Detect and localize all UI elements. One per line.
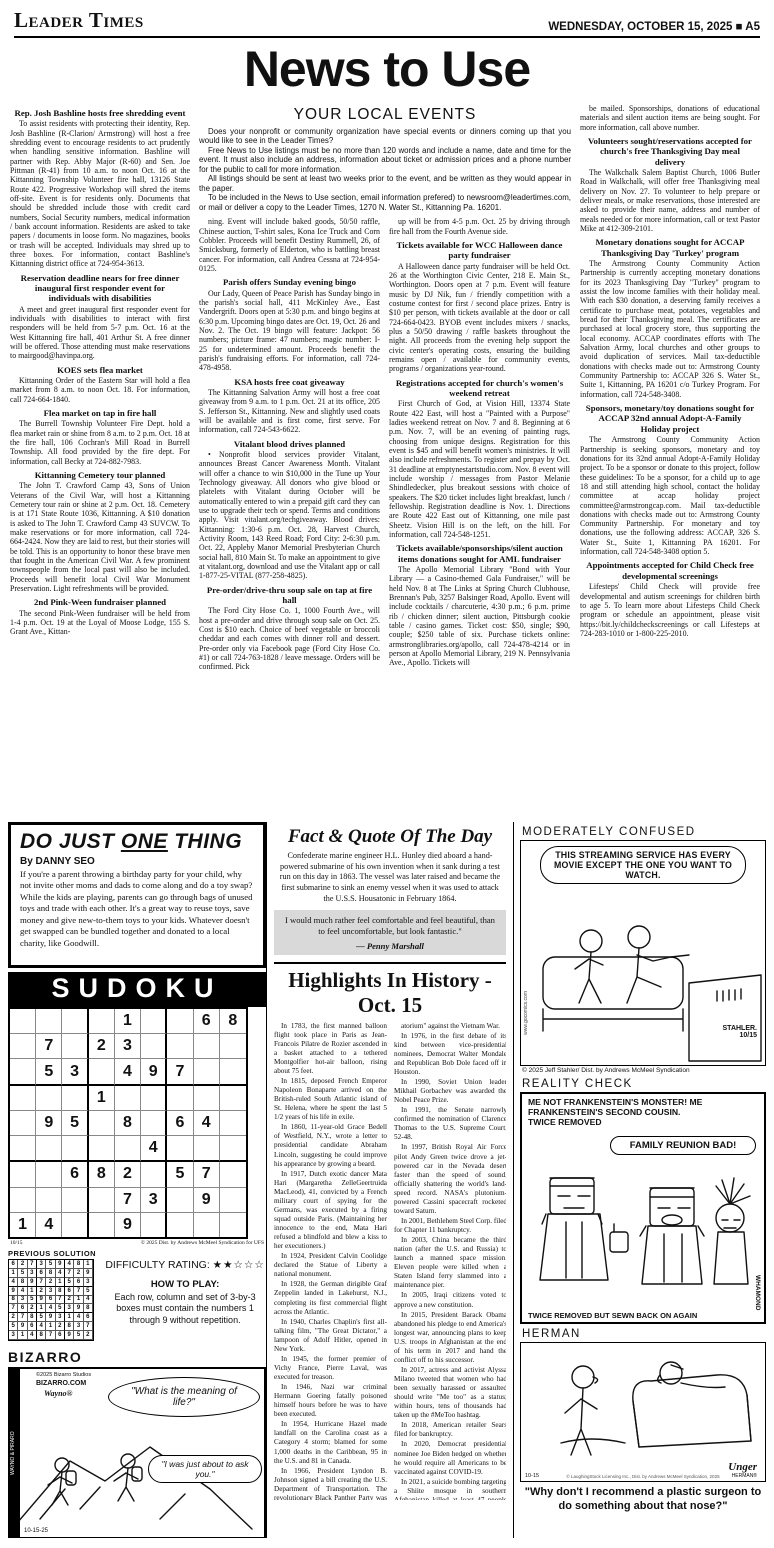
how-to-play-text: Each row, column and set of 3-by-3 boxes… [104, 1292, 266, 1326]
news-column-4: be mailed. Sponsorships, donations of ed… [580, 104, 760, 816]
grid-cell[interactable] [220, 1162, 246, 1187]
grid-cell: 3 [28, 1269, 37, 1278]
history-entry: In 1945, the former premier of Vichy Fra… [274, 1355, 387, 1382]
sudoku-title: SUDOKU [8, 972, 266, 1007]
grid-cell[interactable]: 9 [115, 1213, 141, 1237]
grid-cell: 5 [18, 1269, 27, 1278]
grid-cell: 4 [74, 1313, 83, 1322]
grid-cell[interactable] [194, 1034, 220, 1059]
news-article: 2nd Pink-Ween fundraiser planned The sec… [10, 597, 190, 636]
grid-cell: 6 [56, 1331, 65, 1340]
grid-cell: 4 [46, 1304, 55, 1313]
grid-cell: 8 [18, 1278, 27, 1287]
grid-cell[interactable] [89, 1059, 115, 1085]
grid-cell: 6 [65, 1287, 74, 1296]
grid-cell[interactable] [194, 1086, 220, 1111]
news-article: up will be from 4-5 p.m. Oct. 25 by driv… [389, 217, 570, 236]
news-article: Monetary donations sought for ACCAP Than… [580, 237, 760, 399]
grid-cell[interactable] [220, 1136, 246, 1162]
history-entry: In 2001, Bethlehem Steel Corp. filed for… [394, 1217, 506, 1235]
article-body: • Nonprofit blood services provider Vita… [199, 450, 380, 581]
history-entry: In 1924, President Calvin Coolidge decla… [274, 1252, 387, 1279]
article-body: ning. Event will include baked goods, 50… [199, 217, 380, 273]
article-headline: Volunteers sought/reservations accepted … [584, 136, 756, 167]
grid-cell: 8 [74, 1260, 83, 1269]
grid-cell: 7 [56, 1296, 65, 1305]
grid-cell[interactable] [167, 1188, 193, 1213]
bizarro-speech-bubble-2: "I was just about to ask you." [148, 1455, 262, 1483]
grid-cell: 7 [28, 1260, 37, 1269]
grid-cell[interactable]: 3 [141, 1188, 167, 1213]
intro-paragraph: To be included in the News to Use sectio… [199, 193, 571, 212]
grid-cell[interactable]: 9 [36, 1111, 62, 1136]
grid-cell: 2 [46, 1278, 55, 1287]
grid-cell: 2 [28, 1304, 37, 1313]
grid-cell: 1 [28, 1287, 37, 1296]
grid-cell[interactable] [141, 1111, 167, 1136]
grid-cell[interactable] [194, 1213, 220, 1237]
article-body: The Ford City Hose Co. 1, 1000 Fourth Av… [199, 606, 380, 671]
previous-solution-block: PREVIOUS SOLUTION 6273594811536847294897… [8, 1249, 96, 1341]
grid-cell: 1 [56, 1278, 65, 1287]
do-just-one-thing-byline: By DANNY SEO [20, 856, 254, 867]
article-headline: KSA hosts free coat giveaway [203, 377, 376, 387]
grid-cell[interactable] [167, 1009, 193, 1034]
grid-cell[interactable]: 4 [194, 1111, 220, 1136]
grid-cell[interactable]: 8 [220, 1009, 246, 1034]
grid-cell[interactable] [141, 1034, 167, 1059]
article-headline: KOES sets flea market [14, 365, 186, 375]
grid-cell[interactable] [220, 1111, 246, 1136]
article-body: A meet and greet inaugural first respond… [10, 305, 190, 361]
article-headline: Appointments accepted for Child Check fr… [584, 560, 756, 581]
grid-cell[interactable] [36, 1009, 62, 1034]
news-article: Rep. Josh Bashline hosts free shredding … [10, 108, 190, 269]
grid-cell: 3 [65, 1304, 74, 1313]
article-body: To assist residents with protecting thei… [10, 119, 190, 268]
sudoku-date: 10/15 [10, 1240, 23, 1246]
grid-cell[interactable]: 5 [36, 1059, 62, 1085]
grid-cell: 7 [84, 1322, 93, 1331]
bizarro-speech-bubble-1: "What is the meaning of life?" [108, 1377, 260, 1417]
grid-cell: 6 [9, 1260, 18, 1269]
history-entry: In 2005, Iraqi citizens voted to approve… [394, 1291, 506, 1309]
article-body: The John T. Crawford Camp 43, Sons of Un… [10, 481, 190, 593]
grid-cell[interactable] [220, 1188, 246, 1213]
bizarro-credit: ©2025 Bizarro Studios [36, 1372, 91, 1378]
do-just-one-thing-body: If you're a parent throwing a birthday p… [20, 869, 254, 949]
gocomics-url: www.gocomics.com [523, 991, 529, 1035]
intro-paragraph: All listings should be sent at least two… [199, 174, 571, 193]
history-entry: In 1815, deposed French Emperor Napoleon… [274, 1077, 387, 1122]
previous-solution-grid: 6273594811536847294897215639412386758359… [8, 1259, 94, 1341]
article-body: A Halloween dance party fundraiser will … [389, 262, 570, 374]
history-entry: In 1991, the Senate narrowly confirmed t… [394, 1106, 506, 1142]
fact-quote-title: Fact & Quote Of The Day [274, 826, 506, 848]
sudoku-grid[interactable]: 16872353497195864468257739149 [8, 1007, 248, 1239]
news-article: Appointments accepted for Child Check fr… [580, 560, 760, 638]
history-entry: In 2015, President Barack Obama abandone… [394, 1311, 506, 1365]
grid-cell[interactable] [89, 1009, 115, 1034]
do-just-one-thing-box: DO JUST ONE THING By DANNY SEO If you're… [8, 822, 266, 968]
comics-column: MODERATELY CONFUSED THIS STREAMING SERVI… [514, 822, 766, 1538]
sudoku-info: DIFFICULTY RATING: ★★☆☆☆ HOW TO PLAY: Ea… [96, 1249, 266, 1341]
history-entry: atorium" against the Vietnam War. [394, 1022, 506, 1031]
news-article: Tickets available/sponsorships/silent au… [389, 543, 570, 667]
grid-cell: 2 [84, 1331, 93, 1340]
reality-check-title: REALITY CHECK [522, 1078, 766, 1090]
news-article: Registrations accepted for church's wome… [389, 378, 570, 540]
grid-cell: 4 [37, 1322, 46, 1331]
moderately-confused-panel: THIS STREAMING SERVICE HAS EVERY MOVIE E… [520, 840, 766, 1066]
herman-caption: "Why don't I recommend a plastic surgeon… [520, 1486, 766, 1514]
grid-cell[interactable] [36, 1136, 62, 1162]
grid-cell[interactable] [167, 1086, 193, 1111]
quote-box: I would much rather feel comfortable and… [274, 910, 506, 954]
stahler-signature: STAHLER.10/15 [723, 1025, 757, 1039]
grid-cell[interactable] [167, 1136, 193, 1162]
comic-date: 10/15 [739, 1032, 757, 1039]
man-in-armchair-cartoon [521, 1343, 766, 1467]
grid-cell: 9 [65, 1331, 74, 1340]
grid-cell[interactable] [10, 1111, 36, 1136]
grid-cell: 2 [18, 1260, 27, 1269]
news-article: Pre-order/drive-thru soup sale on tap at… [199, 585, 380, 672]
grid-cell[interactable]: 5 [62, 1111, 88, 1136]
title-part: THING [168, 830, 242, 853]
grid-cell[interactable]: 8 [89, 1162, 115, 1187]
whamond-signature: WHAMOND [754, 1275, 761, 1310]
article-headline: Tickets available for WCC Halloween danc… [393, 240, 566, 261]
article-body: be mailed. Sponsorships, donations of ed… [580, 104, 760, 132]
article-headline: Reservation deadline nears for free dinn… [14, 273, 186, 304]
grid-cell: 3 [56, 1313, 65, 1322]
grid-cell: 9 [46, 1313, 55, 1322]
grid-cell: 8 [56, 1287, 65, 1296]
grid-cell[interactable]: 3 [115, 1034, 141, 1059]
herman-credit: © LaughingStock Licensing Inc., Dist. by… [566, 1474, 719, 1479]
history-entry: In 1928, the German dirigible Graf Zeppe… [274, 1280, 387, 1316]
grid-cell[interactable] [141, 1162, 167, 1187]
quote-attribution: — Penny Marshall [284, 941, 496, 951]
grid-cell[interactable] [62, 1136, 88, 1162]
grid-cell: 6 [28, 1322, 37, 1331]
bizarro-panel: WAYNO & PIRARO ©2025 Bizarro Studios BIZ… [8, 1367, 266, 1538]
grid-cell: 8 [65, 1322, 74, 1331]
history-entry: In 2018, American retailer Sears filed f… [394, 1421, 506, 1439]
grid-cell: 1 [65, 1313, 74, 1322]
article-headline: Parish offers Sunday evening bingo [203, 277, 376, 287]
grid-cell[interactable] [141, 1213, 167, 1237]
news-article: Vitalant blood drives planned • Nonprofi… [199, 439, 380, 581]
article-body: The Burrell Township Volunteer Fire Dept… [10, 419, 190, 466]
grid-cell: 7 [37, 1278, 46, 1287]
grid-cell[interactable] [167, 1034, 193, 1059]
grid-cell[interactable] [89, 1188, 115, 1213]
article-headline: Flea market on tap in fire hall [14, 408, 186, 418]
grid-cell[interactable] [36, 1188, 62, 1213]
how-to-play-title: HOW TO PLAY: [104, 1279, 266, 1290]
grid-cell: 4 [9, 1278, 18, 1287]
reality-check-caption: TWICE REMOVED BUT SEWN BACK ON AGAIN [528, 1311, 697, 1320]
history-title: Highlights In History - Oct. 15 [274, 968, 506, 1018]
grid-cell: 8 [28, 1313, 37, 1322]
grid-cell: 3 [84, 1278, 93, 1287]
reality-check-speech-text: ME NOT FRANKENSTEIN'S MONSTER! ME FRANKE… [528, 1098, 708, 1128]
grid-cell[interactable] [62, 1086, 88, 1111]
grid-cell: 3 [37, 1260, 46, 1269]
bizarro-artist-signature: Wayno® [44, 1389, 73, 1398]
grid-cell[interactable] [220, 1086, 246, 1111]
grid-cell[interactable]: 4 [115, 1059, 141, 1085]
grid-cell: 8 [9, 1296, 18, 1305]
article-headline: Monetary donations sought for ACCAP Than… [584, 237, 756, 258]
news-column-2: ning. Event will include baked goods, 50… [199, 217, 380, 757]
grid-cell: 4 [65, 1260, 74, 1269]
history-entry: In 2021, a suicide bombing targeting a S… [394, 1478, 506, 1500]
article-body: The Armstrong County Community Action Pa… [580, 435, 760, 556]
reality-check-panel: ME NOT FRANKENSTEIN'S MONSTER! ME FRANKE… [520, 1092, 766, 1324]
sudoku-copyright: © 2025 Dist. by Andrews McMeel Syndicati… [141, 1240, 264, 1246]
grid-cell[interactable]: 3 [62, 1059, 88, 1085]
intro-paragraph: Free News to Use listings must be no mor… [199, 146, 571, 174]
grid-cell: 9 [9, 1287, 18, 1296]
article-headline: Vitalant blood drives planned [203, 439, 376, 449]
grid-cell: 3 [46, 1287, 55, 1296]
history-entry: In 2020, Democrat presidential nominee J… [394, 1440, 506, 1476]
news-article: Volunteers sought/reservations accepted … [580, 136, 760, 233]
grid-cell[interactable] [36, 1086, 62, 1111]
grid-cell: 1 [9, 1269, 18, 1278]
article-headline: Rep. Josh Bashline hosts free shredding … [14, 108, 186, 118]
article-body: up will be from 4-5 p.m. Oct. 25 by driv… [389, 217, 570, 236]
bizarro-date: 10-15-25 [24, 1528, 48, 1534]
grid-cell[interactable] [62, 1213, 88, 1237]
quote-of-the-day: I would much rather feel comfortable and… [284, 915, 496, 937]
news-article: Flea market on tap in fire hall The Burr… [10, 408, 190, 466]
grid-cell: 5 [28, 1296, 37, 1305]
herman-panel: 10-15 © LaughingStock Licensing Inc., Di… [520, 1342, 766, 1482]
article-body: First Church of God, at Vision Hill, 133… [389, 399, 570, 539]
grid-cell: 4 [18, 1287, 27, 1296]
grid-cell[interactable] [194, 1059, 220, 1085]
divider-rule [274, 962, 506, 964]
grid-cell: 8 [46, 1269, 55, 1278]
grid-cell[interactable]: 2 [89, 1034, 115, 1059]
grid-cell[interactable]: 1 [89, 1086, 115, 1111]
history-entry: In 1783, the first manned balloon flight… [274, 1022, 387, 1076]
grid-cell[interactable] [10, 1136, 36, 1162]
grid-cell: 5 [46, 1260, 55, 1269]
grid-cell[interactable]: 6 [62, 1162, 88, 1187]
grid-cell[interactable] [10, 1009, 36, 1034]
news-article: Parish offers Sunday evening bingo Our L… [199, 277, 380, 372]
grid-cell[interactable]: 7 [194, 1162, 220, 1187]
grid-cell: 5 [37, 1313, 46, 1322]
grid-cell[interactable]: 5 [167, 1162, 193, 1187]
unger-signature: Unger [728, 1461, 757, 1473]
grid-cell: 6 [74, 1278, 83, 1287]
grid-cell[interactable] [141, 1009, 167, 1034]
grid-cell[interactable] [194, 1136, 220, 1162]
grid-cell: 2 [74, 1269, 83, 1278]
article-body: Our Lady, Queen of Peace Parish has Sund… [199, 289, 380, 373]
grid-cell: 6 [46, 1296, 55, 1305]
grid-cell: 5 [74, 1331, 83, 1340]
grid-cell[interactable]: 6 [194, 1009, 220, 1034]
local-events-title: YOUR LOCAL EVENTS [199, 106, 571, 124]
grid-cell: 7 [18, 1313, 27, 1322]
grid-cell: 9 [37, 1296, 46, 1305]
grid-cell[interactable]: 1 [10, 1213, 36, 1237]
grid-cell: 8 [84, 1304, 93, 1313]
article-body: The Walkchalk Salem Baptist Church, 1006… [580, 168, 760, 233]
grid-cell: 6 [37, 1269, 46, 1278]
grid-cell[interactable] [89, 1111, 115, 1136]
difficulty-label: DIFFICULTY RATING: [105, 1259, 209, 1271]
intro-paragraph: Does your nonprofit or community organiz… [199, 127, 571, 146]
history-entry: In 1860, 11-year-old Grace Bedell of Wes… [274, 1123, 387, 1168]
fact-of-the-day: Confederate marine engineer H.L. Hunley … [276, 851, 504, 904]
grid-cell[interactable] [62, 1188, 88, 1213]
news-article: Reservation deadline nears for free dinn… [10, 273, 190, 361]
grid-cell: 5 [84, 1287, 93, 1296]
grid-cell: 4 [56, 1269, 65, 1278]
history-entry: In 2003, China became the third nation (… [394, 1236, 506, 1290]
grid-cell[interactable]: 8 [115, 1111, 141, 1136]
grid-cell: 2 [37, 1287, 46, 1296]
page-title: News to Use [0, 40, 774, 98]
grid-cell: 9 [18, 1322, 27, 1331]
grid-cell[interactable] [220, 1059, 246, 1085]
grid-cell: 5 [65, 1278, 74, 1287]
grid-cell[interactable] [141, 1086, 167, 1111]
news-column-3: up will be from 4-5 p.m. Oct. 25 by driv… [389, 217, 570, 757]
grid-cell[interactable] [62, 1009, 88, 1034]
article-headline: Tickets available/sponsorships/silent au… [393, 543, 566, 564]
grid-cell[interactable] [10, 1086, 36, 1111]
article-body: Lifesteps' Child Check will provide free… [580, 582, 760, 638]
grid-cell[interactable] [10, 1162, 36, 1187]
news-article: Kittanning Cemetery tour planned The Joh… [10, 470, 190, 593]
article-headline: Sponsors, monetary/toy donations sought … [584, 403, 756, 434]
grid-cell[interactable] [10, 1034, 36, 1059]
bizarro-site: BIZARRO.COM [36, 1380, 86, 1387]
moderately-confused-speech-bubble: THIS STREAMING SERVICE HAS EVERY MOVIE E… [540, 846, 746, 884]
grid-cell: 7 [9, 1304, 18, 1313]
reality-check-speech-bubble: FAMILY REUNION BAD! [610, 1136, 756, 1155]
grid-cell: 5 [56, 1304, 65, 1313]
history-entry: In 1990, Soviet Union leader Mikhail Gor… [394, 1078, 506, 1105]
article-headline: Registrations accepted for church's wome… [393, 378, 566, 399]
grid-cell: 6 [18, 1304, 27, 1313]
article-body: Kittanning Order of the Eastern Star wil… [10, 376, 190, 404]
history-entry: In 1946, Nazi war criminal Hermann Goeri… [274, 1383, 387, 1419]
grid-cell[interactable] [115, 1136, 141, 1162]
article-body: The Apollo Memorial Library "Bond with Y… [389, 565, 570, 668]
grid-cell[interactable]: 7 [36, 1034, 62, 1059]
grid-cell[interactable] [10, 1188, 36, 1213]
news-article: KOES sets flea market Kittanning Order o… [10, 365, 190, 404]
history-right-column: atorium" against the Vietnam War.In 1976… [394, 1022, 506, 1500]
grid-cell[interactable] [89, 1213, 115, 1237]
news-article: KSA hosts free coat giveaway The Kittann… [199, 377, 380, 435]
grid-cell[interactable]: 1 [115, 1009, 141, 1034]
grid-cell: 9 [28, 1278, 37, 1287]
grid-cell[interactable]: 4 [36, 1213, 62, 1237]
article-body: The second Pink-Ween fundraiser will be … [10, 609, 190, 637]
grid-cell[interactable] [220, 1213, 246, 1237]
news-article: Tickets available for WCC Halloween danc… [389, 240, 570, 374]
dateline: WEDNESDAY, OCTOBER 15, 2025 ■ A5 [548, 21, 760, 33]
grid-cell: 3 [74, 1322, 83, 1331]
previous-solution-label: PREVIOUS SOLUTION [8, 1249, 96, 1258]
grid-cell: 5 [9, 1322, 18, 1331]
history-entry: In 1940, Charles Chaplin's first all-tal… [274, 1318, 387, 1354]
news-column-1: Rep. Josh Bashline hosts free shredding … [10, 104, 190, 816]
grid-cell[interactable] [62, 1034, 88, 1059]
history-left-column: In 1783, the first manned balloon flight… [274, 1022, 387, 1500]
grid-cell: 2 [56, 1322, 65, 1331]
grid-cell[interactable]: 4 [141, 1136, 167, 1162]
bizarro-title: BIZARRO [8, 1349, 266, 1365]
grid-cell: 7 [74, 1287, 83, 1296]
grid-cell[interactable]: 7 [167, 1059, 193, 1085]
grid-cell: 1 [46, 1322, 55, 1331]
features-left-column: DO JUST ONE THING By DANNY SEO If you're… [8, 822, 266, 1538]
grid-cell: 7 [65, 1269, 74, 1278]
intro-paragraphs: Does your nonprofit or community organiz… [199, 127, 571, 212]
page-header: Leader Times WEDNESDAY, OCTOBER 15, 2025… [14, 8, 760, 38]
news-article: Sponsors, monetary/toy donations sought … [580, 403, 760, 556]
grid-cell: 2 [65, 1296, 74, 1305]
bizarro-side-strip: WAYNO & PIRARO [10, 1369, 20, 1537]
news-section: Rep. Josh Bashline hosts free shredding … [10, 104, 764, 816]
grid-cell[interactable]: 7 [115, 1188, 141, 1213]
grid-cell[interactable]: 9 [194, 1188, 220, 1213]
difficulty-stars: ★★☆☆☆ [213, 1259, 265, 1271]
grid-cell[interactable]: 2 [115, 1162, 141, 1187]
news-article: be mailed. Sponsorships, donations of ed… [580, 104, 760, 132]
title-part: DO JUST [20, 830, 121, 853]
grid-cell: 9 [56, 1260, 65, 1269]
history-entry: In 1966, President Lyndon B. Johnson sig… [274, 1467, 387, 1500]
grid-cell: 3 [18, 1296, 27, 1305]
grid-cell[interactable] [220, 1034, 246, 1059]
grid-cell: 8 [37, 1331, 46, 1340]
grid-cell: 7 [46, 1331, 55, 1340]
grid-cell[interactable]: 9 [141, 1059, 167, 1085]
grid-cell: 4 [84, 1296, 93, 1305]
masthead: Leader Times [14, 8, 144, 33]
moderately-confused-title: MODERATELY CONFUSED [522, 826, 766, 838]
grid-cell[interactable]: 6 [167, 1111, 193, 1136]
article-body: The Armstrong County Community Action Pa… [580, 259, 760, 399]
grid-cell: 9 [74, 1304, 83, 1313]
grid-cell[interactable] [36, 1162, 62, 1187]
grid-cell[interactable] [89, 1136, 115, 1162]
signature-text: STAHLER. [723, 1025, 757, 1032]
frankenstein-monsters-cartoon [522, 1160, 766, 1310]
grid-cell[interactable] [167, 1213, 193, 1237]
grid-cell[interactable] [10, 1059, 36, 1085]
features-section: DO JUST ONE THING By DANNY SEO If you're… [8, 822, 766, 1538]
do-just-one-thing-title: DO JUST ONE THING [20, 830, 254, 854]
grid-cell: 1 [18, 1331, 27, 1340]
grid-cell: 1 [74, 1296, 83, 1305]
history-entry: In 1997, British Royal Air Force pilot A… [394, 1143, 506, 1216]
grid-cell[interactable] [115, 1086, 141, 1111]
